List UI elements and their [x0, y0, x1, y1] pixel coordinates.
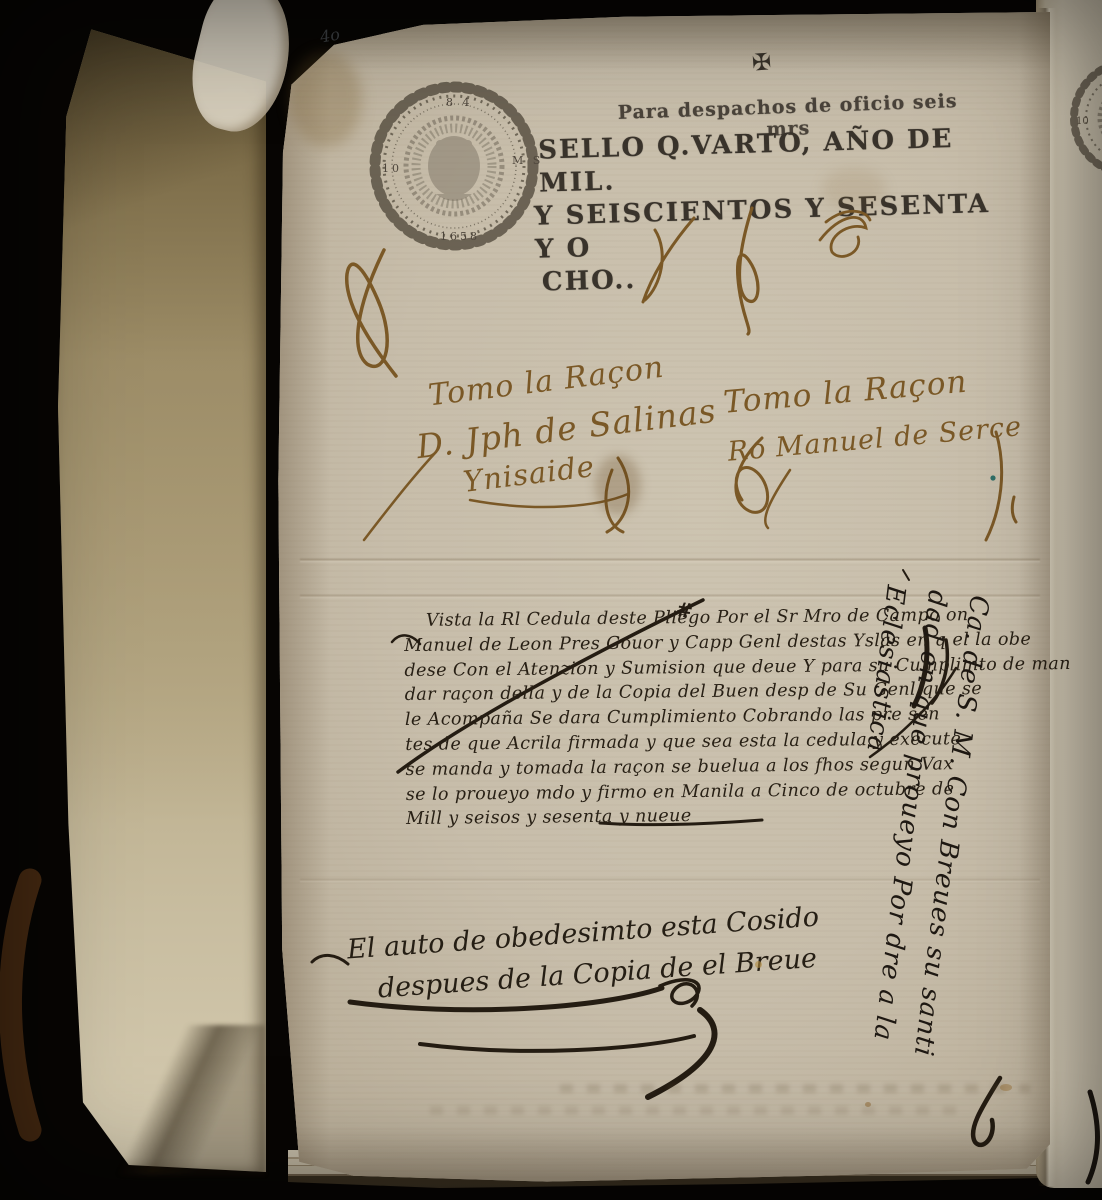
- printed-cross-icon: ✠: [751, 49, 772, 76]
- seal-coat-of-arms: [428, 136, 480, 201]
- partial-seal-stamp: 10: [1062, 50, 1102, 190]
- seal-stamp: 8 4 10 M S 1658: [366, 76, 542, 256]
- seal-number-top: 8 4: [446, 96, 473, 109]
- stamp-title: SELLO Q.VARTO, AÑO DE MIL. Y SEISCIENTOS…: [538, 121, 1012, 299]
- partial-seal-number: 10: [1076, 116, 1089, 127]
- seal-year-bottom: 1658: [440, 230, 480, 243]
- folio-mark: 4o: [319, 24, 342, 46]
- seal-number-left: 10: [382, 162, 402, 175]
